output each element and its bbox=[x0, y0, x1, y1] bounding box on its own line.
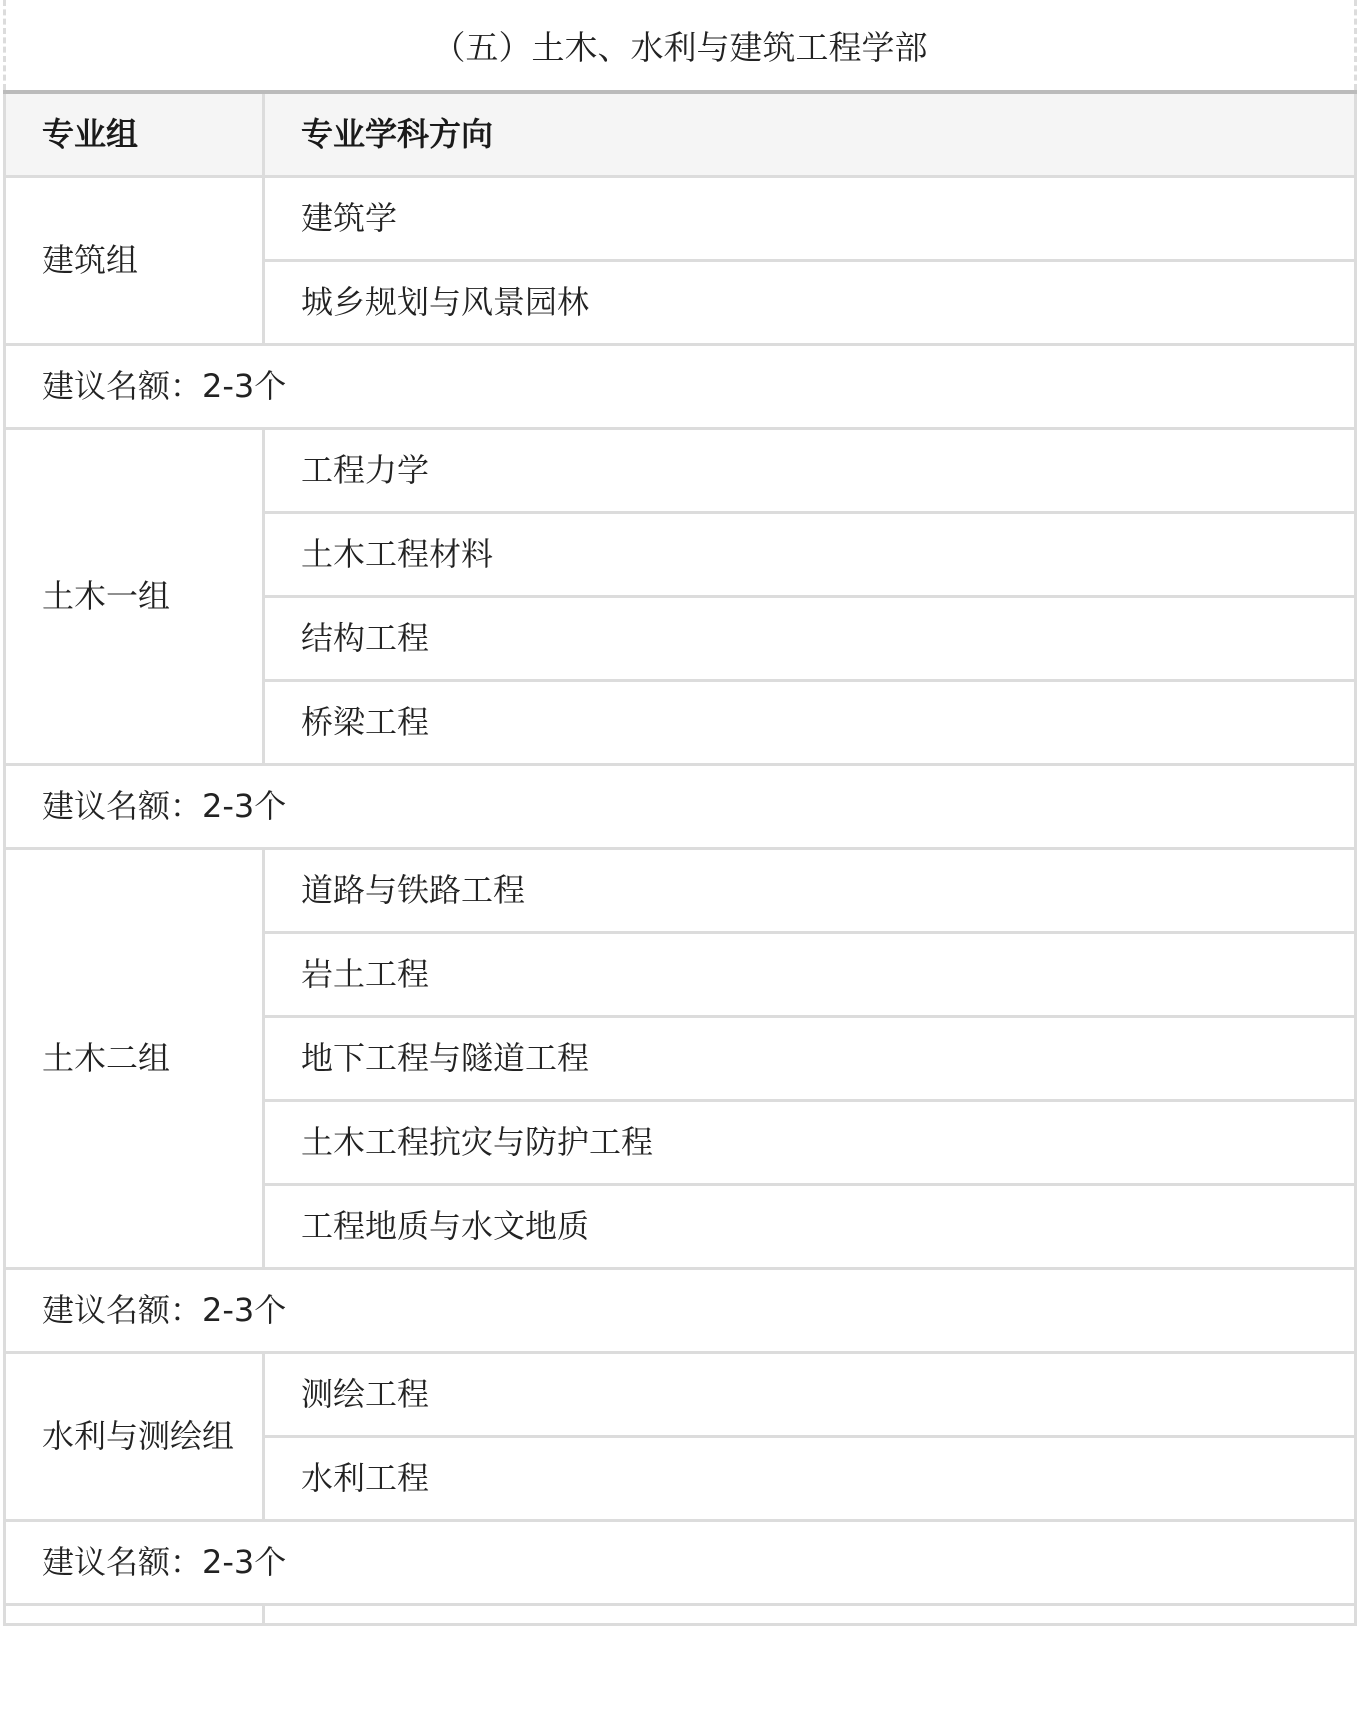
direction-cell: 结构工程 bbox=[264, 596, 1356, 680]
table-row-partial bbox=[5, 1604, 1356, 1624]
direction-cell: 城乡规划与风景园林 bbox=[264, 260, 1356, 344]
direction-cell: 桥梁工程 bbox=[264, 680, 1356, 764]
direction-cell: 地下工程与隧道工程 bbox=[264, 1016, 1356, 1100]
header-direction: 专业学科方向 bbox=[264, 92, 1356, 176]
quota-row: 建议名额：2-3个 bbox=[5, 1520, 1356, 1604]
table-row: 土木一组 工程力学 bbox=[5, 428, 1356, 512]
partial-cell bbox=[5, 1604, 264, 1624]
direction-cell: 测绘工程 bbox=[264, 1352, 1356, 1436]
quota-row: 建议名额：2-3个 bbox=[5, 1268, 1356, 1352]
direction-cell: 水利工程 bbox=[264, 1436, 1356, 1520]
quota-row: 建议名额：2-3个 bbox=[5, 764, 1356, 848]
direction-cell: 土木工程抗灾与防护工程 bbox=[264, 1100, 1356, 1184]
direction-cell: 道路与铁路工程 bbox=[264, 848, 1356, 932]
group-name-cell: 建筑组 bbox=[5, 176, 264, 344]
table-row: 建筑组 建筑学 bbox=[5, 176, 1356, 260]
direction-cell: 工程地质与水文地质 bbox=[264, 1184, 1356, 1268]
table-row: 水利与测绘组 测绘工程 bbox=[5, 1352, 1356, 1436]
group-name-cell: 土木一组 bbox=[5, 428, 264, 764]
section-title: （五）土木、水利与建筑工程学部 bbox=[3, 0, 1357, 90]
group-name-cell: 土木二组 bbox=[5, 848, 264, 1268]
quota-cell: 建议名额：2-3个 bbox=[5, 344, 1356, 428]
quota-cell: 建议名额：2-3个 bbox=[5, 764, 1356, 848]
table-header-row: 专业组 专业学科方向 bbox=[5, 92, 1356, 176]
quota-cell: 建议名额：2-3个 bbox=[5, 1520, 1356, 1604]
group-name-cell: 水利与测绘组 bbox=[5, 1352, 264, 1520]
section-title-text: （五）土木、水利与建筑工程学部 bbox=[433, 22, 928, 69]
direction-cell: 岩土工程 bbox=[264, 932, 1356, 1016]
partial-cell bbox=[264, 1604, 1356, 1624]
direction-cell: 建筑学 bbox=[264, 176, 1356, 260]
quota-row: 建议名额：2-3个 bbox=[5, 344, 1356, 428]
page-content: （五）土木、水利与建筑工程学部 专业组 专业学科方向 建筑组 建筑学 城乡规划与… bbox=[3, 0, 1357, 1626]
majors-table: 专业组 专业学科方向 建筑组 建筑学 城乡规划与风景园林 建议名额：2-3个 土… bbox=[3, 90, 1357, 1626]
direction-cell: 工程力学 bbox=[264, 428, 1356, 512]
direction-cell: 土木工程材料 bbox=[264, 512, 1356, 596]
header-group: 专业组 bbox=[5, 92, 264, 176]
quota-cell: 建议名额：2-3个 bbox=[5, 1268, 1356, 1352]
table-row: 土木二组 道路与铁路工程 bbox=[5, 848, 1356, 932]
